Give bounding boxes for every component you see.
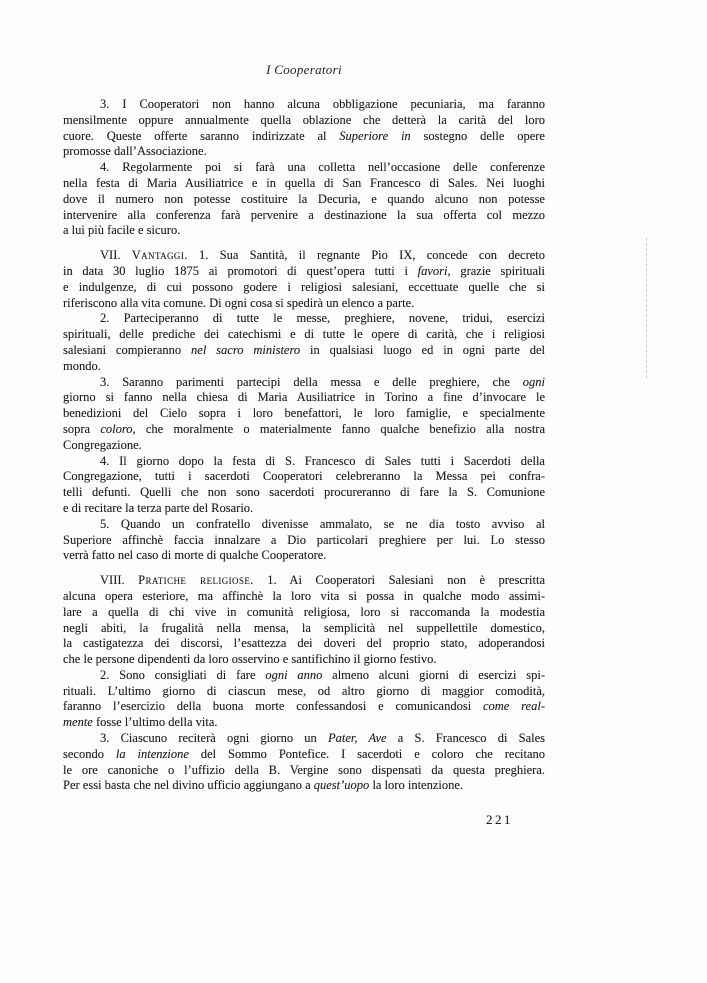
- text-line: cuore. Queste offerte saranno indirizzat…: [63, 129, 545, 145]
- text-segment: 1. Ai Cooperatori Salesiani non è prescr…: [254, 573, 545, 587]
- text-line: Per essi basta che nel divino ufficio ag…: [63, 778, 545, 794]
- paragraph: 4. Regolarmente poi si farà una colletta…: [63, 160, 545, 239]
- text-segment: lare a quella di chi vive in comunità re…: [63, 605, 545, 619]
- text-segment: cuore. Queste offerte saranno indirizzat…: [63, 129, 339, 143]
- text-line: e di recitare la terza parte del Rosario…: [63, 501, 545, 517]
- page-number: 221: [486, 812, 513, 828]
- text-line: che le persone dipendenti da loro osserv…: [63, 652, 545, 668]
- text-segment: favori: [418, 264, 448, 278]
- text-line: 3. Saranno parimenti partecipi della mes…: [63, 375, 545, 391]
- text-segment: nel sacro ministero: [191, 343, 300, 357]
- text-line: giorno si fanno nella chiesa di Maria Au…: [63, 390, 545, 406]
- text-segment: in data 30 luglio 1875 ai promotori di q…: [63, 264, 418, 278]
- text-segment: VII.: [100, 248, 132, 262]
- text-segment: 3. Saranno parimenti partecipi della mes…: [100, 375, 523, 389]
- text-segment: Pratiche religiose.: [138, 573, 254, 587]
- text-segment: rituali. L’ultimo giorno di ciascun mese…: [63, 684, 545, 698]
- text-line: telli defunti. Quelli che non sono sacer…: [63, 485, 545, 501]
- text-segment: Pater, Ave: [328, 731, 387, 745]
- text-line: rituali. L’ultimo giorno di ciascun mese…: [63, 684, 545, 700]
- text-line: sopra coloro, che moralmente o materialm…: [63, 422, 545, 438]
- text-segment: VIII.: [100, 573, 138, 587]
- text-line: 2. Parteciperanno di tutte le messe, pre…: [63, 311, 545, 327]
- text-segment: come real-: [483, 699, 545, 713]
- text-segment: mondo.: [63, 359, 101, 373]
- text-segment: 2. Sono consigliati di fare: [100, 668, 265, 682]
- text-segment: le ore canoniche o l’uffizio della B. Ve…: [63, 763, 545, 777]
- text-segment: Superiore affinchè faccia innalzare a Di…: [63, 533, 545, 547]
- running-head: I Cooperatori: [63, 62, 545, 78]
- text-line: 4. Il giorno dopo la festa di S. Frances…: [63, 454, 545, 470]
- text-line: spirituali, delle prediche dei catechism…: [63, 327, 545, 343]
- text-line: secondo la intenzione del Sommo Pontefic…: [63, 747, 545, 763]
- text-segment: telli defunti. Quelli che non sono sacer…: [63, 485, 545, 499]
- text-segment: negli abiti, la frugalità nella mensa, l…: [63, 621, 545, 635]
- text-segment: secondo: [63, 747, 116, 761]
- text-segment: 2. Parteciperanno di tutte le messe, pre…: [100, 311, 545, 325]
- text-line: intervenire alla conferenza farà perveni…: [63, 208, 545, 224]
- text-line: 4. Regolarmente poi si farà una colletta…: [63, 160, 545, 176]
- text-line: verrà fatto nel caso di morte di qualche…: [63, 548, 545, 564]
- text-segment: 3. I Cooperatori non hanno alcuna obblig…: [100, 97, 545, 111]
- text-segment: e indulgenze, di cui possono godere i re…: [63, 280, 545, 294]
- text-line: VIII. Pratiche religiose. 1. Ai Cooperat…: [63, 573, 545, 589]
- text-line: negli abiti, la frugalità nella mensa, l…: [63, 621, 545, 637]
- paragraph: 2. Sono consigliati di fare ogni anno al…: [63, 668, 545, 731]
- text-segment: mensilmente oppure annualmente quella ob…: [63, 113, 545, 127]
- text-line: 2. Sono consigliati di fare ogni anno al…: [63, 668, 545, 684]
- text-line: Congregazione, tutti i sacerdoti Coopera…: [63, 469, 545, 485]
- text-segment: 4. Regolarmente poi si farà una colletta…: [100, 160, 545, 174]
- scanned-book-page: I Cooperatori 3. I Cooperatori non hanno…: [0, 0, 707, 983]
- text-segment: almeno alcuni giorni di esercizi spi-: [322, 668, 545, 682]
- text-line: faranno l’esercizio della buona morte co…: [63, 699, 545, 715]
- scan-artifact-dotted-line: [646, 238, 647, 378]
- text-segment: sostegno delle opere: [411, 129, 545, 143]
- text-line: 5. Quando un confratello divenisse ammal…: [63, 517, 545, 533]
- text-segment: benedizioni del Cielo sopra i loro benef…: [63, 406, 545, 420]
- text-segment: la loro intenzione.: [369, 778, 463, 792]
- text-line: a lui più facile e sicuro.: [63, 223, 545, 239]
- text-segment: dove il numero non potesse costituire la…: [63, 192, 545, 206]
- paragraph: VII. Vantaggi. 1. Sua Santità, il regnan…: [63, 248, 545, 311]
- paragraph: 4. Il giorno dopo la festa di S. Frances…: [63, 454, 545, 517]
- text-segment: intervenire alla conferenza farà perveni…: [63, 208, 545, 222]
- text-segment: quest’uopo: [314, 778, 370, 792]
- text-segment: 5. Quando un confratello divenisse ammal…: [100, 517, 545, 531]
- paragraph: 3. I Cooperatori non hanno alcuna obblig…: [63, 97, 545, 160]
- text-line: la castigatezza dei discorsi, l’esattezz…: [63, 636, 545, 652]
- text-line: 3. Ciascuno reciterà ogni giorno un Pate…: [63, 731, 545, 747]
- text-segment: riferiscono alla vita comune. Di ogni co…: [63, 296, 414, 310]
- text-segment: che le persone dipendenti da loro osserv…: [63, 652, 437, 666]
- text-segment: ogni anno: [265, 668, 322, 682]
- text-line: Congregazione.: [63, 438, 545, 454]
- text-segment: fosse l’ultimo della vita.: [93, 715, 218, 729]
- text-line: riferiscono alla vita comune. Di ogni co…: [63, 296, 545, 312]
- text-line: promosse dall’Associazione.: [63, 144, 545, 160]
- text-line: nella festa di Maria Ausiliatrice e in q…: [63, 176, 545, 192]
- text-segment: coloro: [100, 422, 132, 436]
- text-segment: Per essi basta che nel divino ufficio ag…: [63, 778, 314, 792]
- text-line: lare a quella di chi vive in comunità re…: [63, 605, 545, 621]
- text-segment: in qualsiasi luogo ed in ogni parte del: [300, 343, 545, 357]
- text-segment: nella festa di Maria Ausiliatrice e in q…: [63, 176, 545, 190]
- paragraph: VIII. Pratiche religiose. 1. Ai Cooperat…: [63, 573, 545, 668]
- text-line: le ore canoniche o l’uffizio della B. Ve…: [63, 763, 545, 779]
- text-line: alcuna opera esteriore, ma affinchè la l…: [63, 589, 545, 605]
- text-line: benedizioni del Cielo sopra i loro benef…: [63, 406, 545, 422]
- text-segment: 3. Ciascuno reciterà ogni giorno un: [100, 731, 328, 745]
- paragraph: 3. Ciascuno reciterà ogni giorno un Pate…: [63, 731, 545, 794]
- text-line: e indulgenze, di cui possono godere i re…: [63, 280, 545, 296]
- text-segment: ogni: [523, 375, 545, 389]
- text-segment: la castigatezza dei discorsi, l’esattezz…: [63, 636, 545, 650]
- text-segment: la intenzione: [116, 747, 189, 761]
- text-segment: a S. Francesco di Sales: [387, 731, 545, 745]
- text-line: dove il numero non potesse costituire la…: [63, 192, 545, 208]
- text-line: mente fosse l’ultimo della vita.: [63, 715, 545, 731]
- text-segment: del Sommo Pontefice. I sacerdoti e color…: [189, 747, 545, 761]
- text-segment: giorno si fanno nella chiesa di Maria Au…: [63, 390, 545, 404]
- text-segment: 1. Sua Santità, il regnante Pio IX, conc…: [188, 248, 545, 262]
- text-segment: a lui più facile e sicuro.: [63, 223, 180, 237]
- text-segment: e di recitare la terza parte del Rosario…: [63, 501, 253, 515]
- text-segment: Congregazione.: [63, 438, 142, 452]
- text-segment: Vantaggi.: [132, 248, 188, 262]
- text-segment: promosse dall’Associazione.: [63, 144, 207, 158]
- text-segment: , che moralmente o materialmente fanno q…: [133, 422, 546, 436]
- text-segment: Superiore in: [339, 129, 410, 143]
- text-segment: sopra: [63, 422, 100, 436]
- text-segment: Congregazione, tutti i sacerdoti Coopera…: [63, 469, 545, 483]
- paragraph: 2. Parteciperanno di tutte le messe, pre…: [63, 311, 545, 374]
- text-segment: alcuna opera esteriore, ma affinchè la l…: [63, 589, 545, 603]
- text-line: Superiore affinchè faccia innalzare a Di…: [63, 533, 545, 549]
- text-line: VII. Vantaggi. 1. Sua Santità, il regnan…: [63, 248, 545, 264]
- text-segment: salesiani compieranno: [63, 343, 191, 357]
- text-line: mondo.: [63, 359, 545, 375]
- text-segment: mente: [63, 715, 93, 729]
- text-line: in data 30 luglio 1875 ai promotori di q…: [63, 264, 545, 280]
- text-segment: verrà fatto nel caso di morte di qualche…: [63, 548, 326, 562]
- text-line: 3. I Cooperatori non hanno alcuna obblig…: [63, 97, 545, 113]
- text-block: 3. I Cooperatori non hanno alcuna obblig…: [63, 97, 545, 794]
- text-segment: faranno l’esercizio della buona morte co…: [63, 699, 483, 713]
- text-line: mensilmente oppure annualmente quella ob…: [63, 113, 545, 129]
- paragraph: 3. Saranno parimenti partecipi della mes…: [63, 375, 545, 454]
- text-segment: , grazie spirituali: [447, 264, 545, 278]
- text-segment: 4. Il giorno dopo la festa di S. Frances…: [100, 454, 545, 468]
- text-segment: spirituali, delle prediche dei catechism…: [63, 327, 545, 341]
- paragraph: 5. Quando un confratello divenisse ammal…: [63, 517, 545, 564]
- text-line: salesiani compieranno nel sacro minister…: [63, 343, 545, 359]
